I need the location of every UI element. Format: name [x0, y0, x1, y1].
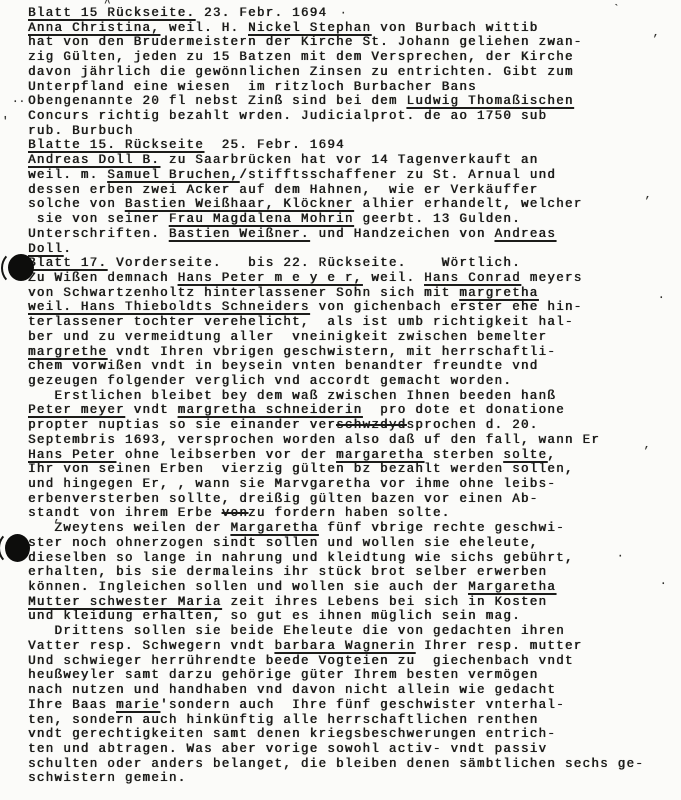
document-line: schulten oder anders belanget, die bleib…	[28, 757, 681, 772]
typewritten-text: Blatt 15 Rückseite. 23. Febr. 1694Anna C…	[28, 6, 681, 786]
underlined-text: solte	[503, 448, 547, 462]
document-line: Und schwieger herrührendte beede Vogteie…	[28, 654, 681, 669]
underlined-text: margretha schneiderin	[178, 403, 363, 417]
text-segment: erbenversterben sollte, dreißig gülten b…	[28, 492, 538, 506]
scanned-document-page: Blatt 15 Rückseite. 23. Febr. 1694Anna C…	[0, 0, 681, 800]
document-line: terlassener tochter verehelicht, als ist…	[28, 315, 681, 330]
document-line: Zu Wißen demnach Hans Peter m e y e r, w…	[28, 271, 681, 286]
document-line: ten und abtragen. Was aber vorige sowohl…	[28, 742, 681, 757]
underlined-text: margretha	[459, 286, 538, 300]
document-line: und hingegen Er, , wann sie Marvgaretha …	[28, 477, 681, 492]
underlined-text: Andreas	[494, 227, 556, 241]
document-line: sie von seiner Frau Magdalena Mohrin gee…	[28, 212, 681, 227]
document-line: Andreas Doll B. zu Saarbrücken hat vor 1…	[28, 153, 681, 168]
stray-mark: '	[2, 116, 9, 128]
underlined-text: Samuel Bruchen,	[107, 168, 239, 182]
document-line: und kleidung erhalten, so gut es ihnen m…	[28, 609, 681, 624]
document-line: ten, sondern auch hinkünftig alle herrsc…	[28, 713, 681, 728]
text-segment: ohne leibserben vor der	[116, 448, 336, 462]
stray-mark: ·	[617, 551, 624, 563]
text-segment: solche von	[28, 197, 125, 211]
document-line: schwistern gemein.	[28, 771, 681, 786]
stray-mark: ’	[643, 446, 650, 458]
text-segment: pro dote et donatione	[362, 403, 564, 417]
text-segment: zeit ihres Lebens bei sich in Kosten	[222, 595, 548, 609]
stray-mark: ’	[53, 519, 60, 531]
text-segment: hat von den Brudermeistern der Kirche St…	[28, 35, 582, 49]
text-segment: sie von seiner	[28, 212, 169, 226]
document-line: dieselben so lange in nahrung und kleidt…	[28, 551, 681, 566]
text-segment: Obengenannte 20 fl nebst Zinß sind bei d…	[28, 94, 406, 108]
document-line: Obengenannte 20 fl nebst Zinß sind bei d…	[28, 94, 681, 109]
underlined-text: marie	[116, 698, 160, 712]
document-line: ber und zu vermeidtung aller vneinigkeit…	[28, 330, 681, 345]
document-line: margrethe vndt Ihren vbrigen geschwister…	[28, 345, 681, 360]
underlined-text: margaretha	[336, 448, 424, 462]
text-segment: heußweyler samt darzu gehörige güter Ihr…	[28, 668, 538, 682]
text-segment: .	[63, 242, 72, 256]
stray-mark: .	[658, 290, 665, 302]
text-segment: von Schwartzenholtz hinterlassener Sohn …	[28, 286, 459, 300]
text-segment: vndt gerechtigkeiten samt denen kriegsbe…	[28, 727, 556, 741]
text-segment: 'sondern auch Ihre fünf geschwister vnte…	[160, 698, 565, 712]
document-line: dessen erben zwei Acker auf dem Hahnen, …	[28, 183, 681, 198]
text-segment: propter nuptias so sie einander ver	[28, 418, 336, 432]
document-line: Doll.	[28, 242, 681, 257]
stray-mark: ’	[652, 34, 659, 46]
text-segment: terlassener tochter verehelicht, als ist…	[28, 315, 574, 329]
text-segment: und kleidung erhalten, so gut es ihnen m…	[28, 609, 521, 623]
underlined-text: Margaretha	[468, 580, 556, 594]
document-line: Blatt 15 Rückseite. 23. Febr. 1694	[28, 6, 681, 21]
text-segment: 23. Febr. 1694	[195, 6, 327, 20]
text-segment: von Burbach wittib	[371, 21, 538, 35]
document-line: rub. Burbuch	[28, 124, 681, 139]
text-segment: rub. Burbuch	[28, 124, 134, 138]
underlined-text: weil. Hans Thieboldts Schneiders	[28, 300, 310, 314]
document-line: Peter meyer vndt margretha schneiderin p…	[28, 403, 681, 418]
text-segment: dieselben so lange in nahrung und kleidt…	[28, 551, 574, 565]
text-segment: ber und zu vermeidtung aller vneinigkeit…	[28, 330, 547, 344]
document-line: Ihre Baas marie'sondern auch Ihre fünf g…	[28, 698, 681, 713]
text-segment: sprochen d. 20.	[406, 418, 538, 432]
text-segment: Ihr von seinen Erben vierzig gülten bz b…	[28, 462, 574, 476]
text-segment: weil.	[362, 271, 424, 285]
document-line: Vatter resp. Schwegern vndt barbara Wagn…	[28, 639, 681, 654]
document-line: chem vorwißen vndt in beysein vnten bena…	[28, 359, 681, 374]
document-line: Mutter schwester Maria zeit ihres Lebens…	[28, 595, 681, 610]
text-segment: weil. H.	[160, 21, 248, 35]
document-line: Blatte 15. Rückseite 25. Febr. 1694	[28, 138, 681, 153]
stray-mark: .	[660, 576, 667, 588]
document-line: Unterpfland eine wiesen im ritzloch Burb…	[28, 80, 681, 95]
underlined-text: Andreas Doll B.	[28, 153, 160, 167]
text-segment: Unterpfland eine wiesen im ritzloch Burb…	[28, 80, 477, 94]
text-segment: können. Ingleichen sollen und wollen sie…	[28, 580, 468, 594]
document-line: Zweytens weilen der Margaretha fünf vbri…	[28, 521, 681, 536]
underlined-text: Hans Conrad	[424, 271, 521, 285]
text-segment: Concurs richtig bezahlt wrden. Judicialp…	[28, 109, 547, 123]
document-line: Concurs richtig bezahlt wrden. Judicialp…	[28, 109, 681, 124]
text-segment: Unterschriften.	[28, 227, 169, 241]
document-line: ster noch ohnerzogen sindt sollen und wo…	[28, 536, 681, 551]
text-segment: ster noch ohnerzogen sindt sollen und wo…	[28, 536, 538, 550]
text-segment: zu fordern haben solte.	[248, 506, 450, 520]
text-segment: chem vorwißen vndt in beysein vnten bena…	[28, 359, 538, 373]
text-segment: vndt	[125, 403, 178, 417]
document-line: Hans Peter ohne leibserben vor der marga…	[28, 448, 681, 463]
text-segment: alhier erhandelt, welcher	[354, 197, 583, 211]
text-segment: Zu Wißen demnach	[28, 271, 178, 285]
document-line: Ihr von seinen Erben vierzig gülten bz b…	[28, 462, 681, 477]
ink-blot	[5, 534, 30, 562]
document-line: erbenversterben sollte, dreißig gülten b…	[28, 492, 681, 507]
document-line: von Schwartzenholtz hinterlassener Sohn …	[28, 286, 681, 301]
stray-mark: ’	[644, 196, 651, 208]
underlined-text: Margaretha	[230, 521, 318, 535]
underlined-text: Nickel Stephan	[248, 21, 371, 35]
text-segment: erhalten, bis sie dermaleins ihr stück b…	[28, 565, 547, 579]
text-segment: ,	[547, 448, 556, 462]
document-line: hat von den Brudermeistern der Kirche St…	[28, 35, 681, 50]
document-line: Septembris 1693, versprochen worden also…	[28, 433, 681, 448]
document-line: Erstlichen bleibet bey dem waß zwischen …	[28, 389, 681, 404]
document-line: davon jährlich die gewönnlichen Zinsen z…	[28, 65, 681, 80]
document-line: nach nutzen und handhaben vnd davon nich…	[28, 683, 681, 698]
text-segment: meyers	[521, 271, 583, 285]
stray-mark: `	[613, 4, 620, 16]
struck-text: schwzdyd	[336, 418, 406, 432]
text-segment: Drittens sollen sie beide Eheleute die v…	[28, 624, 565, 638]
underlined-text: Doll	[28, 242, 63, 256]
document-line: gezeugen folgender verglich vnd accordt …	[28, 374, 681, 389]
document-line: weil. m. Samuel Bruchen,/stifftsschaffen…	[28, 168, 681, 183]
text-segment: gezeugen folgender verglich vnd accordt …	[28, 374, 512, 388]
text-segment: Und schwieger herrührendte beede Vogteie…	[28, 654, 574, 668]
document-line: heußweyler samt darzu gehörige güter Ihr…	[28, 668, 681, 683]
underlined-text: Blatte 15. Rückseite	[28, 138, 204, 152]
document-line: weil. Hans Thieboldts Schneiders von gic…	[28, 300, 681, 315]
text-segment: und Handzeichen von	[310, 227, 495, 241]
underlined-text: Anna Christina,	[28, 21, 160, 35]
underlined-text: Frau Magdalena Mohrin	[169, 212, 354, 226]
underlined-text: Peter meyer	[28, 403, 125, 417]
underlined-text: Blatt 15 Rückseite.	[28, 6, 195, 20]
document-line: Anna Christina, weil. H. Nickel Stephan …	[28, 21, 681, 36]
underlined-text: barbara Wagnerin	[274, 639, 415, 653]
document-line: solche von Bastien Weißhaar, Klöckner al…	[28, 197, 681, 212]
text-segment: Vorderseite. bis 22. Rückseite. Wörtlich…	[107, 256, 521, 270]
text-segment: und hingegen Er, , wann sie Marvgaretha …	[28, 477, 556, 491]
text-segment: schulten oder anders belanget, die bleib…	[28, 757, 644, 771]
text-segment: sterben	[424, 448, 503, 462]
text-segment: 25. Febr. 1694	[204, 138, 345, 152]
text-segment: Ihrer resp. mutter	[415, 639, 582, 653]
text-segment: Ihre Baas	[28, 698, 116, 712]
text-segment: Erstlichen bleibet bey dem waß zwischen …	[28, 389, 556, 403]
text-segment: Vatter resp. Schwegern vndt	[28, 639, 274, 653]
text-segment: ten und abtragen. Was aber vorige sowohl…	[28, 742, 547, 756]
underlined-text: Blatt 17.	[28, 256, 107, 270]
underlined-text: Ludwig Thomaßischen	[406, 94, 573, 108]
document-line: Unterschriften. Bastien Weißner. und Han…	[28, 227, 681, 242]
text-segment: davon jährlich die gewönnlichen Zinsen z…	[28, 65, 574, 79]
document-line: Blatt 17. Vorderseite. bis 22. Rückseite…	[28, 256, 681, 271]
stray-mark: ..	[12, 94, 25, 106]
underlined-text: Bastien Weißner.	[169, 227, 310, 241]
text-segment: Septembris 1693, versprochen worden also…	[28, 433, 600, 447]
ink-blot	[8, 254, 34, 281]
stray-mark: ^	[104, 0, 111, 10]
text-segment: schwistern gemein.	[28, 771, 186, 785]
document-line: können. Ingleichen sollen und wollen sie…	[28, 580, 681, 595]
document-line: Drittens sollen sie beide Eheleute die v…	[28, 624, 681, 639]
text-segment: zu Saarbrücken hat vor 14 Tagenverkauft …	[160, 153, 538, 167]
document-line: vndt gerechtigkeiten samt denen kriegsbe…	[28, 727, 681, 742]
text-segment: zig Gülten, jeden zu 15 Batzen mit dem V…	[28, 50, 574, 64]
stray-mark: ·	[340, 8, 347, 20]
document-line: standt von ihrem Erbe vonzu fordern habe…	[28, 506, 681, 521]
text-segment: vndt Ihren vbrigen geschwistern, mit her…	[107, 345, 556, 359]
underlined-text: Bastien Weißhaar, Klöckner	[125, 197, 354, 211]
text-segment: von gichenbach erster ehe hin-	[310, 300, 583, 314]
text-segment: weil. m.	[28, 168, 107, 182]
text-segment: /stifftsschaffener zu St. Arnual und	[239, 168, 556, 182]
text-segment: geerbt. 13 Gulden.	[354, 212, 521, 226]
underlined-text: Hans Peter	[28, 448, 116, 462]
text-segment: ten, sondern auch hinkünftig alle herrsc…	[28, 713, 538, 727]
struck-text: von	[222, 506, 248, 520]
underlined-text: Mutter schwester Maria	[28, 595, 222, 609]
underlined-text: margrethe	[28, 345, 107, 359]
document-line: erhalten, bis sie dermaleins ihr stück b…	[28, 565, 681, 580]
text-segment: nach nutzen und handhaben vnd davon nich…	[28, 683, 556, 697]
text-segment: fünf vbrige rechte geschwi-	[318, 521, 564, 535]
underlined-text: Hans Peter m e y e r,	[178, 271, 363, 285]
document-line: propter nuptias so sie einander verschwz…	[28, 418, 681, 433]
document-line: zig Gülten, jeden zu 15 Batzen mit dem V…	[28, 50, 681, 65]
text-segment: dessen erben zwei Acker auf dem Hahnen, …	[28, 183, 538, 197]
